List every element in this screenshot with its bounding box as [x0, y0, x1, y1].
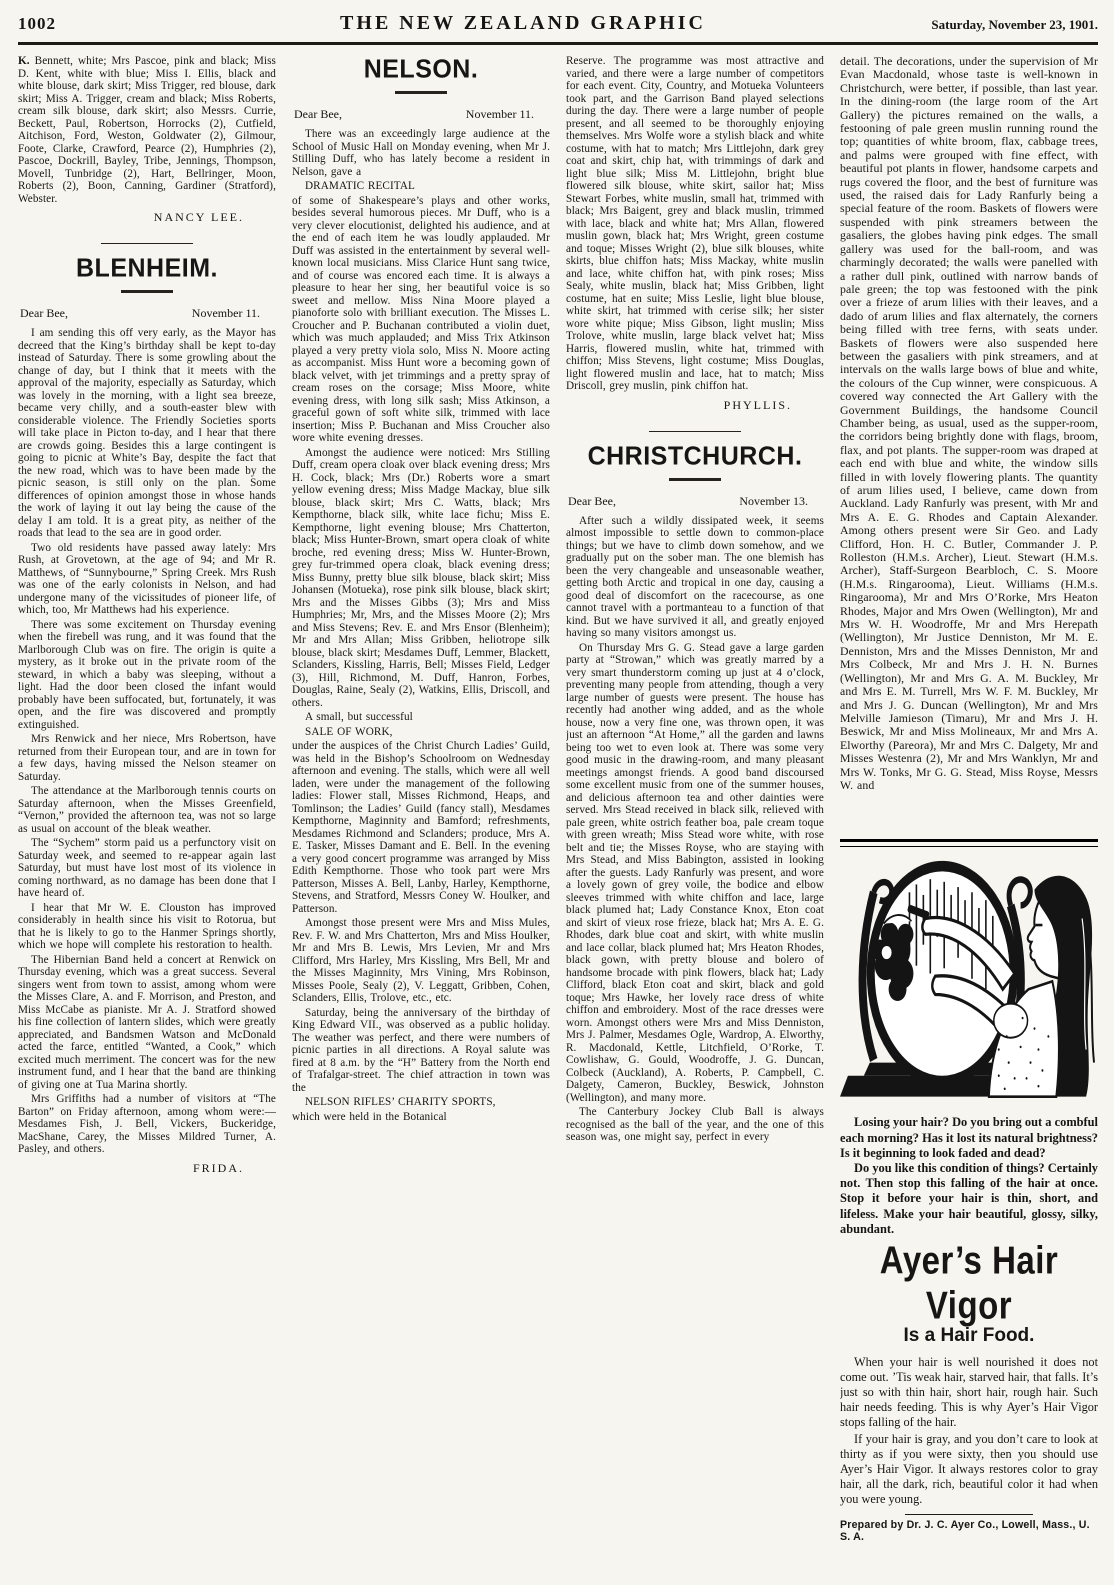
letter-date: November 13. [739, 494, 822, 509]
section-title-rule [121, 290, 173, 293]
article-paragraph: The Hibernian Band held a concert at Ren… [18, 954, 276, 1092]
advert-divider-rule [840, 839, 1098, 847]
column-1: K. Bennett, white; Mrs Pascoe, pink and … [18, 55, 276, 1547]
dateline: Dear Bee, November 13. [568, 494, 822, 509]
masthead: 1002 THE NEW ZEALAND GRAPHIC Saturday, N… [18, 12, 1098, 35]
salutation: Dear Bee, [294, 107, 342, 122]
section-title-rule [395, 91, 447, 94]
newspaper-page: 1002 THE NEW ZEALAND GRAPHIC Saturday, N… [0, 0, 1114, 1547]
section-separator-rule [101, 243, 193, 244]
section-title-blenheim: BLENHEIM. [18, 253, 276, 283]
letter-date: November 11. [466, 107, 548, 122]
section-christchurch-heading: CHRISTCHURCH. [566, 429, 824, 481]
correspondent-signature: PHYLLIS. [566, 398, 824, 413]
article-lead-in: A small, but successful [292, 711, 550, 724]
section-title-nelson: NELSON. [292, 55, 550, 85]
advert-footer-rule [905, 1514, 1033, 1515]
article-subheading: SALE OF WORK, [292, 726, 550, 739]
columns: K. Bennett, white; Mrs Pascoe, pink and … [18, 55, 1098, 1547]
section-nelson-heading: NELSON. [292, 55, 550, 94]
article-paragraph: Mrs Griffiths had a number of visitors a… [18, 1093, 276, 1156]
article-paragraph: The “Sychem” storm paid us a perfunctory… [18, 837, 276, 900]
article-paragraph: Amongst those present were Mrs and Miss … [292, 917, 550, 1005]
issue-date: Saturday, November 23, 1901. [848, 17, 1098, 33]
page-number: 1002 [18, 14, 198, 34]
section-separator-rule [649, 431, 741, 432]
article-subheading: DRAMATIC RECITAL [292, 180, 550, 193]
article-paragraph: On Thursday Mrs G. G. Stead gave a large… [566, 642, 824, 1105]
article-paragraph: Saturday, being the anniversary of the b… [292, 1007, 550, 1095]
dateline: Dear Bee, November 11. [20, 306, 274, 321]
article-paragraph: Amongst the audience were noticed: Mrs S… [292, 447, 550, 710]
advert-body-paragraph: When your hair is well nourished it does… [840, 1355, 1098, 1430]
article-paragraph: which were held in the Botanical [292, 1111, 550, 1124]
paper-title: THE NEW ZEALAND GRAPHIC [198, 12, 848, 35]
article-paragraph: After such a wildly dissipated week, it … [566, 515, 824, 640]
article-paragraph: Reserve. The programme was most attracti… [566, 55, 824, 393]
advert-preparer-line: Prepared by Dr. J. C. Ayer Co., Lowell, … [840, 1519, 1098, 1543]
section-title-christchurch: CHRISTCHURCH. [566, 441, 824, 471]
letter-date: November 11. [192, 306, 274, 321]
article-paragraph: detail. The decorations, under the super… [840, 55, 1098, 792]
article-subheading: NELSON RIFLES’ CHARITY SPORTS, [292, 1096, 550, 1109]
mirror-woman-drawing [840, 853, 1098, 1115]
column-4: detail. The decorations, under the super… [840, 55, 1098, 1547]
correspondent-signature: FRIDA. [18, 1161, 276, 1176]
article-paragraph: Mrs Renwick and her niece, Mrs Robertson… [18, 733, 276, 783]
article-paragraph: The Canterbury Jockey Club Ball is alway… [566, 1106, 824, 1144]
article-paragraph: I am sending this off very early, as the… [18, 327, 276, 540]
column-2: NELSON. Dear Bee, November 11. There was… [292, 55, 550, 1547]
section-blenheim-heading: BLENHEIM. [18, 241, 276, 293]
article-paragraph: There was an exceedingly large audience … [292, 128, 550, 178]
hair-vigor-advertisement: Losing your hair? Do you bring out a com… [840, 829, 1098, 1547]
column-3: Reserve. The programme was most attracti… [566, 55, 824, 1547]
advert-question-paragraph: Losing your hair? Do you bring out a com… [840, 1115, 1098, 1161]
article-paragraph: Two old residents have passed away latel… [18, 542, 276, 617]
article-paragraph: K. Bennett, white; Mrs Pascoe, pink and … [18, 55, 276, 205]
masthead-rule [18, 42, 1098, 45]
salutation: Dear Bee, [20, 306, 68, 321]
article-paragraph: I hear that Mr W. E. Clouston has improv… [18, 902, 276, 952]
article-paragraph: under the auspices of the Christ Church … [292, 740, 550, 915]
article-paragraph: The attendance at the Marlborough tennis… [18, 785, 276, 835]
correspondent-signature: NANCY LEE. [18, 210, 276, 225]
dateline: Dear Bee, November 11. [294, 107, 548, 122]
article-paragraph: There was some excitement on Thursday ev… [18, 619, 276, 732]
advert-product-title: Ayer’s Hair Vigor [840, 1238, 1098, 1328]
salutation: Dear Bee, [568, 494, 616, 509]
advert-slogan: Is a Hair Food. [840, 1325, 1098, 1347]
hair-vigor-illustration [840, 853, 1098, 1115]
advert-body-paragraph: If your hair is gray, and you don’t care… [840, 1432, 1098, 1507]
section-title-rule [669, 478, 721, 481]
advert-question-paragraph: Do you like this condition of things? Ce… [840, 1161, 1098, 1237]
article-paragraph: of some of Shakespeare’s plays and other… [292, 195, 550, 445]
